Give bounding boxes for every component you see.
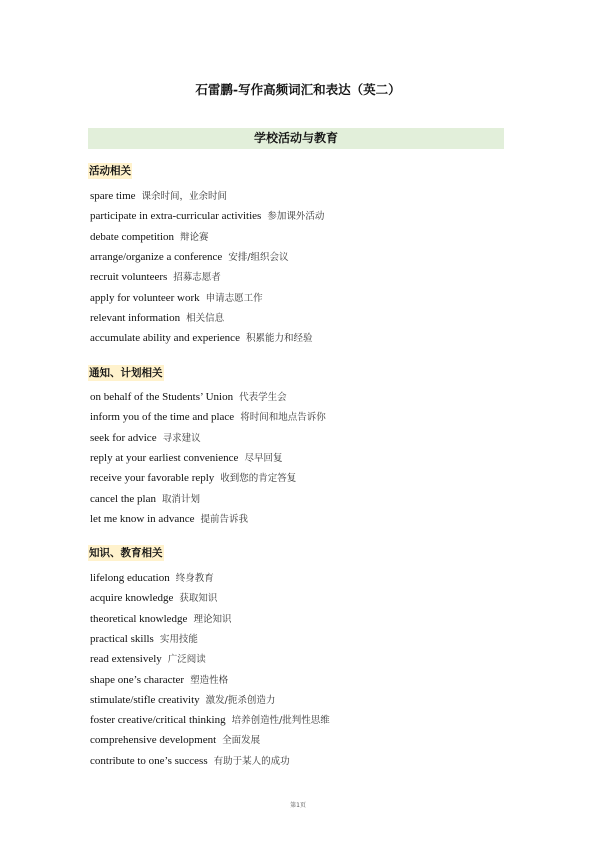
- vocab-entry: inform you of the time and place将时间和地点告诉…: [90, 410, 326, 425]
- vocab-entry: stimulate/stifle creativity激发/扼杀创造力: [90, 693, 275, 708]
- chinese-translation: 获取知识: [179, 593, 217, 604]
- vocab-entry: theoretical knowledge理论知识: [90, 612, 231, 627]
- vocab-entry: cancel the plan取消计划: [90, 492, 200, 507]
- vocab-entry: reply at your earliest convenience尽早回复: [90, 451, 282, 466]
- chinese-translation: 将时间和地点告诉你: [240, 412, 326, 423]
- english-phrase: seek for advice: [90, 432, 157, 444]
- chinese-translation: 参加课外活动: [267, 211, 324, 222]
- chinese-translation: 实用技能: [160, 634, 198, 645]
- english-phrase: arrange/organize a conference: [90, 251, 222, 263]
- chinese-translation: 取消计划: [162, 494, 200, 505]
- chinese-translation: 课余时间，业余时间: [142, 191, 228, 202]
- english-phrase: foster creative/critical thinking: [90, 714, 226, 726]
- english-phrase: inform you of the time and place: [90, 411, 234, 423]
- page-number: 第1页: [0, 800, 596, 809]
- vocab-entry: acquire knowledge获取知识: [90, 591, 217, 606]
- vocab-entry: spare time课余时间，业余时间: [90, 189, 227, 204]
- chinese-translation: 寻求建议: [163, 433, 201, 444]
- english-phrase: let me know in advance: [90, 513, 194, 525]
- english-phrase: debate competition: [90, 231, 174, 243]
- english-phrase: spare time: [90, 190, 136, 202]
- english-phrase: contribute to one’s success: [90, 755, 208, 767]
- chinese-translation: 培养创造性/批判性思维: [232, 715, 330, 726]
- vocab-entry: recruit volunteers招募志愿者: [90, 270, 221, 285]
- english-phrase: reply at your earliest convenience: [90, 452, 238, 464]
- english-phrase: receive your favorable reply: [90, 472, 214, 484]
- vocab-entry: on behalf of the Students’ Union代表学生会: [90, 390, 287, 405]
- vocab-entry: practical skills实用技能: [90, 632, 198, 647]
- vocab-entry: read extensively广泛阅读: [90, 652, 206, 667]
- chinese-translation: 积累能力和经验: [246, 333, 313, 344]
- english-phrase: on behalf of the Students’ Union: [90, 391, 233, 403]
- vocab-entry: participate in extra-curricular activiti…: [90, 209, 324, 224]
- chinese-translation: 相关信息: [186, 313, 224, 324]
- chinese-translation: 代表学生会: [239, 392, 287, 403]
- vocab-entry: shape one’s character塑造性格: [90, 673, 228, 688]
- vocab-entry: debate competition辩论赛: [90, 230, 209, 245]
- vocab-entry: comprehensive development全面发展: [90, 733, 260, 748]
- english-phrase: stimulate/stifle creativity: [90, 694, 200, 706]
- vocab-entry: accumulate ability and experience积累能力和经验: [90, 331, 312, 346]
- chinese-translation: 有助于某人的成功: [214, 756, 290, 767]
- vocab-entry: contribute to one’s success有助于某人的成功: [90, 754, 290, 769]
- english-phrase: lifelong education: [90, 572, 170, 584]
- english-phrase: theoretical knowledge: [90, 613, 187, 625]
- english-phrase: recruit volunteers: [90, 271, 167, 283]
- document-title: 石雷鹏-写作高频词汇和表达（英二）: [0, 80, 596, 98]
- chinese-translation: 全面发展: [222, 735, 260, 746]
- english-phrase: cancel the plan: [90, 493, 156, 505]
- english-phrase: read extensively: [90, 653, 162, 665]
- chinese-translation: 收到您的肯定答复: [220, 473, 296, 484]
- english-phrase: comprehensive development: [90, 734, 216, 746]
- chinese-translation: 理论知识: [193, 614, 231, 625]
- english-phrase: participate in extra-curricular activiti…: [90, 210, 261, 222]
- vocab-entry: lifelong education终身教育: [90, 571, 214, 586]
- section-heading: 知识、教育相关: [88, 545, 164, 561]
- topic-banner: 学校活动与教育: [88, 128, 504, 149]
- vocab-entry: arrange/organize a conference安排/组织会议: [90, 250, 289, 265]
- section-heading: 通知、计划相关: [88, 365, 164, 381]
- section-heading: 活动相关: [88, 163, 132, 179]
- vocab-entry: relevant information相关信息: [90, 311, 224, 326]
- english-phrase: apply for volunteer work: [90, 292, 200, 304]
- english-phrase: shape one’s character: [90, 674, 184, 686]
- chinese-translation: 广泛阅读: [168, 654, 206, 665]
- english-phrase: practical skills: [90, 633, 154, 645]
- english-phrase: relevant information: [90, 312, 180, 324]
- chinese-translation: 安排/组织会议: [228, 252, 288, 263]
- vocab-entry: seek for advice寻求建议: [90, 431, 201, 446]
- chinese-translation: 招募志愿者: [173, 272, 221, 283]
- chinese-translation: 尽早回复: [244, 453, 282, 464]
- chinese-translation: 申请志愿工作: [206, 293, 263, 304]
- chinese-translation: 塑造性格: [190, 675, 228, 686]
- chinese-translation: 提前告诉我: [200, 514, 248, 525]
- english-phrase: accumulate ability and experience: [90, 332, 240, 344]
- english-phrase: acquire knowledge: [90, 592, 173, 604]
- chinese-translation: 辩论赛: [180, 232, 209, 243]
- chinese-translation: 终身教育: [176, 573, 214, 584]
- vocab-entry: apply for volunteer work申请志愿工作: [90, 291, 263, 306]
- vocab-entry: foster creative/critical thinking培养创造性/批…: [90, 713, 330, 728]
- vocab-entry: receive your favorable reply收到您的肯定答复: [90, 471, 296, 486]
- vocab-entry: let me know in advance提前告诉我: [90, 512, 248, 527]
- chinese-translation: 激发/扼杀创造力: [206, 695, 276, 706]
